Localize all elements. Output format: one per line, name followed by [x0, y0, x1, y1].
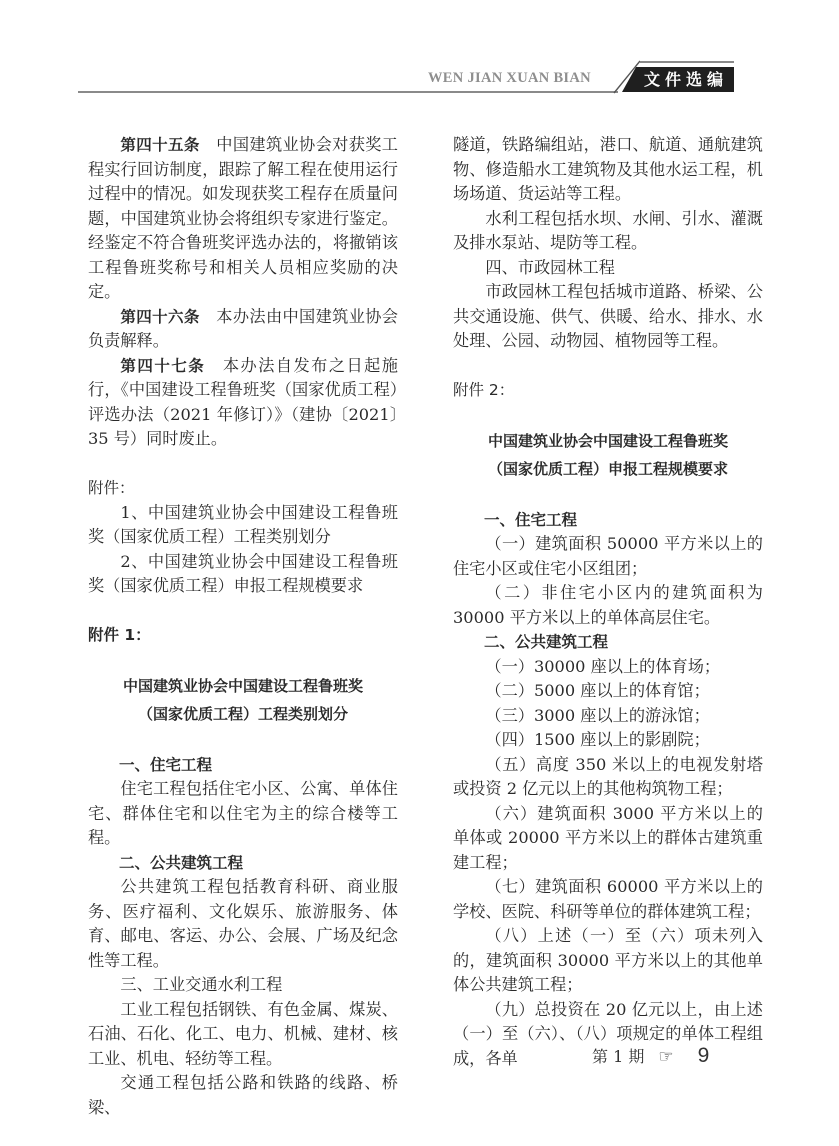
- section-text-municipal: 市政园林工程包括城市道路、桥梁、公共交通设施、供气、供暖、给水、排水、水处理、公…: [453, 280, 763, 354]
- attachment-2-label: 附件 2：: [453, 378, 763, 403]
- article-45-text: 中国建筑业协会对获奖工程实行回访制度，跟踪了解工程在使用运行过程中的情况。如发现…: [88, 135, 398, 301]
- attachment-2-title-line1: 中国建筑业协会中国建设工程鲁班奖: [453, 427, 763, 455]
- section-text-transport-continued: 隧道，铁路编组站，港口、航道、通航建筑物、修造船水工建筑物及其他水运工程，机场场…: [453, 133, 763, 207]
- header-top-rule: [640, 61, 734, 63]
- attachment-1-title-line1: 中国建筑业协会中国建设工程鲁班奖: [88, 672, 398, 700]
- attachment-list-item: 1、中国建筑业协会中国建设工程鲁班奖（国家优质工程）工程类别划分: [88, 501, 398, 550]
- spacer: [453, 403, 763, 428]
- requirement-heading-public: 二、公共建筑工程: [453, 630, 763, 655]
- article-47-label: 第四十七条: [120, 357, 205, 375]
- attachment-list-item: 2、中国建筑业协会中国建设工程鲁班奖（国家优质工程）申报工程规模要求: [88, 550, 398, 599]
- article-47: 第四十七条 本办法自发布之日起施行，《中国建设工程鲁班奖（国家优质工程）评选办法…: [88, 354, 398, 452]
- section-text-residential: 住宅工程包括住宅小区、公寓、单体住宅、群体住宅和以住宅为主的综合楼等工程。: [88, 777, 398, 851]
- requirement-item: （二）非住宅小区内的建筑面积为 30000 平方米以上的单体高层住宅。: [453, 581, 763, 630]
- attachment-1-title-line2: （国家优质工程）工程类别划分: [88, 700, 398, 728]
- section-text-industry: 工业工程包括钢铁、有色金属、煤炭、石油、石化、化工、电力、机械、建材、核工业、机…: [88, 998, 398, 1072]
- section-text-water: 水利工程包括水坝、水闸、引水、灌溉及排水泵站、堤防等工程。: [453, 207, 763, 256]
- article-46: 第四十六条 本办法由中国建筑业协会负责解释。: [88, 305, 398, 354]
- requirement-item: （五）高度 350 米以上的电视发射塔或投资 2 亿元以上的其他构筑物工程；: [453, 753, 763, 802]
- issue-number: 第 1 期: [592, 1047, 644, 1066]
- right-column: 隧道，铁路编组站，港口、航道、通航建筑物、修造船水工建筑物及其他水运工程，机场场…: [453, 133, 763, 1071]
- attachment-2-title-line2: （国家优质工程）申报工程规模要求: [453, 455, 763, 483]
- section-title-chinese: 文件选编: [644, 68, 732, 92]
- requirement-item: （八）上述（一）至（六）项未列入的，建筑面积 30000 平方米以上的其他单体公…: [453, 924, 763, 998]
- spacer: [88, 452, 398, 477]
- pointing-hand-icon: ☞: [658, 1047, 673, 1067]
- requirement-heading-residential: 一、住宅工程: [453, 508, 763, 533]
- spacer: [88, 599, 398, 624]
- section-text-transport-start: 交通工程包括公路和铁路的线路、桥梁、: [88, 1071, 398, 1120]
- spacer: [88, 648, 398, 673]
- section-heading-public: 二、公共建筑工程: [88, 851, 398, 876]
- requirement-item: （七）建筑面积 60000 平方米以上的学校、医院、科研等单位的群体建筑工程；: [453, 875, 763, 924]
- left-column: 第四十五条 中国建筑业协会对获奖工程实行回访制度，跟踪了解工程在使用运行过程中的…: [88, 133, 398, 1120]
- section-heading-industry-transport-water: 三、工业交通水利工程: [88, 973, 398, 998]
- section-title-pinyin: WEN JIAN XUAN BIAN: [428, 70, 591, 87]
- requirement-item: （三）3000 座以上的游泳馆；: [453, 704, 763, 729]
- requirement-item: （四）1500 座以上的影剧院；: [453, 728, 763, 753]
- requirement-item: （六）建筑面积 3000 平方米以上的单体或 20000 平方米以上的群体古建筑…: [453, 802, 763, 876]
- section-heading-residential: 一、住宅工程: [88, 753, 398, 778]
- attachments-label: 附件：: [88, 476, 398, 501]
- section-heading-municipal: 四、市政园林工程: [453, 256, 763, 281]
- spacer: [453, 483, 763, 508]
- page-number: 9: [698, 1044, 710, 1067]
- section-text-public: 公共建筑工程包括教育科研、商业服务、医疗福利、文化娱乐、旅游服务、体育、邮电、客…: [88, 875, 398, 973]
- spacer: [88, 728, 398, 753]
- requirement-item: （一）30000 座以上的体育场；: [453, 655, 763, 680]
- requirement-item: （一）建筑面积 50000 平方米以上的住宅小区或住宅小区组团；: [453, 532, 763, 581]
- page-footer: 第 1 期☞9: [592, 1044, 709, 1068]
- attachment-1-label: 附件 1：: [88, 623, 398, 648]
- article-45: 第四十五条 中国建筑业协会对获奖工程实行回访制度，跟踪了解工程在使用运行过程中的…: [88, 133, 398, 305]
- header-rule: [78, 91, 618, 93]
- spacer: [453, 354, 763, 379]
- article-45-label: 第四十五条: [120, 136, 199, 154]
- article-46-label: 第四十六条: [120, 308, 199, 326]
- requirement-item: （二）5000 座以上的体育馆；: [453, 679, 763, 704]
